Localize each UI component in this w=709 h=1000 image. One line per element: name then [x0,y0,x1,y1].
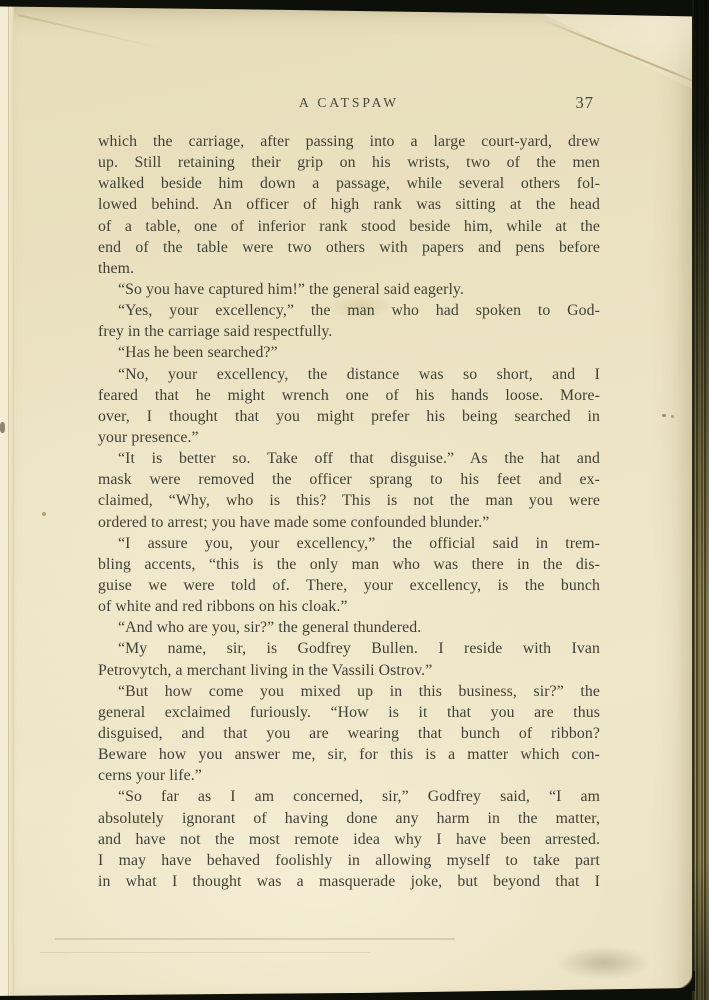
text-line: disguised, and that you are wearing that… [98,723,600,744]
text-line: them. [98,258,600,279]
text-line: “Has he been searched?” [98,342,600,363]
text-line: “No, your excellency, the distance was s… [98,364,600,385]
scanned-book-page: A CATSPAW 37 which the carriage, after p… [0,0,709,1000]
text-line: walked beside him down a passage, while … [98,173,600,194]
text-line: “It is better so. Take off that disguise… [98,448,600,469]
text-line: your presence.” [98,427,600,448]
book-fore-edge [692,0,709,1000]
text-line: and have not the most remote idea why I … [98,829,600,850]
text-line: in what I thought was a masquerade joke,… [98,871,600,892]
text-line: of white and red ribbons on his cloak.” [98,596,600,617]
text-line: “My name, sir, is Godfrey Bullen. I resi… [98,638,600,659]
text-line: “But how come you mixed up in this busin… [98,681,600,702]
page-body: which the carriage, after passing into a… [98,131,600,892]
corner-shadow-smudge [556,946,652,980]
scan-artifact-line [40,952,370,953]
text-line: “So you have captured him!” the general … [98,279,600,300]
text-line: mask were removed the officer sprang to … [98,469,600,490]
page-number: 37 [576,93,595,113]
text-line: bling accents, “this is the only man who… [98,554,600,575]
text-line: cerns your life.” [98,765,600,786]
text-line: up. Still retaining their grip on his wr… [98,152,600,173]
text-line: guise we were told of. There, your excel… [98,575,600,596]
text-line: claimed, “Why, who is this? This is not … [98,490,600,511]
text-line: “So far as I am concerned, sir,” Godfrey… [98,786,600,807]
text-line: lowed behind. An officer of high rank wa… [98,194,600,215]
fore-edge-shadow-line [692,0,694,1000]
gutter-groove-line [8,0,9,1000]
rounded-corner-shadow [675,971,695,991]
scan-artifact-line [55,938,455,940]
running-head: A CATSPAW 37 [98,95,600,113]
text-line: I may have behaved foolishly in allowing… [98,850,600,871]
text-line: of a table, one of inferior rank stood b… [98,216,600,237]
text-line: end of the table were two others with pa… [98,237,600,258]
text-line: Petrovytch, a merchant living in the Vas… [98,660,600,681]
paper-speck [662,414,666,417]
text-line: which the carriage, after passing into a… [98,131,600,152]
text-line: Beware how you answer me, sir, for this … [98,744,600,765]
text-line: feared that he might wrench one of his h… [98,385,600,406]
running-title: A CATSPAW [299,95,399,111]
text-line: absolutely ignorant of having done any h… [98,808,600,829]
text-line: “Yes, your excellency,” the man who had … [98,300,600,321]
edge-speck [0,422,5,433]
text-line: over, I thought that you might prefer hi… [98,406,600,427]
paper-speck [671,415,674,418]
text-line: frey in the carriage said respectfully. [98,321,600,342]
gutter-page-edge [0,0,14,1000]
text-line: “I assure you, your excellency,” the off… [98,533,600,554]
text-line: “And who are you, sir?” the general thun… [98,617,600,638]
text-line: general exclaimed furiously. “How is it … [98,702,600,723]
paper-speck [42,512,46,516]
text-line: ordered to arrest; you have made some co… [98,512,600,533]
